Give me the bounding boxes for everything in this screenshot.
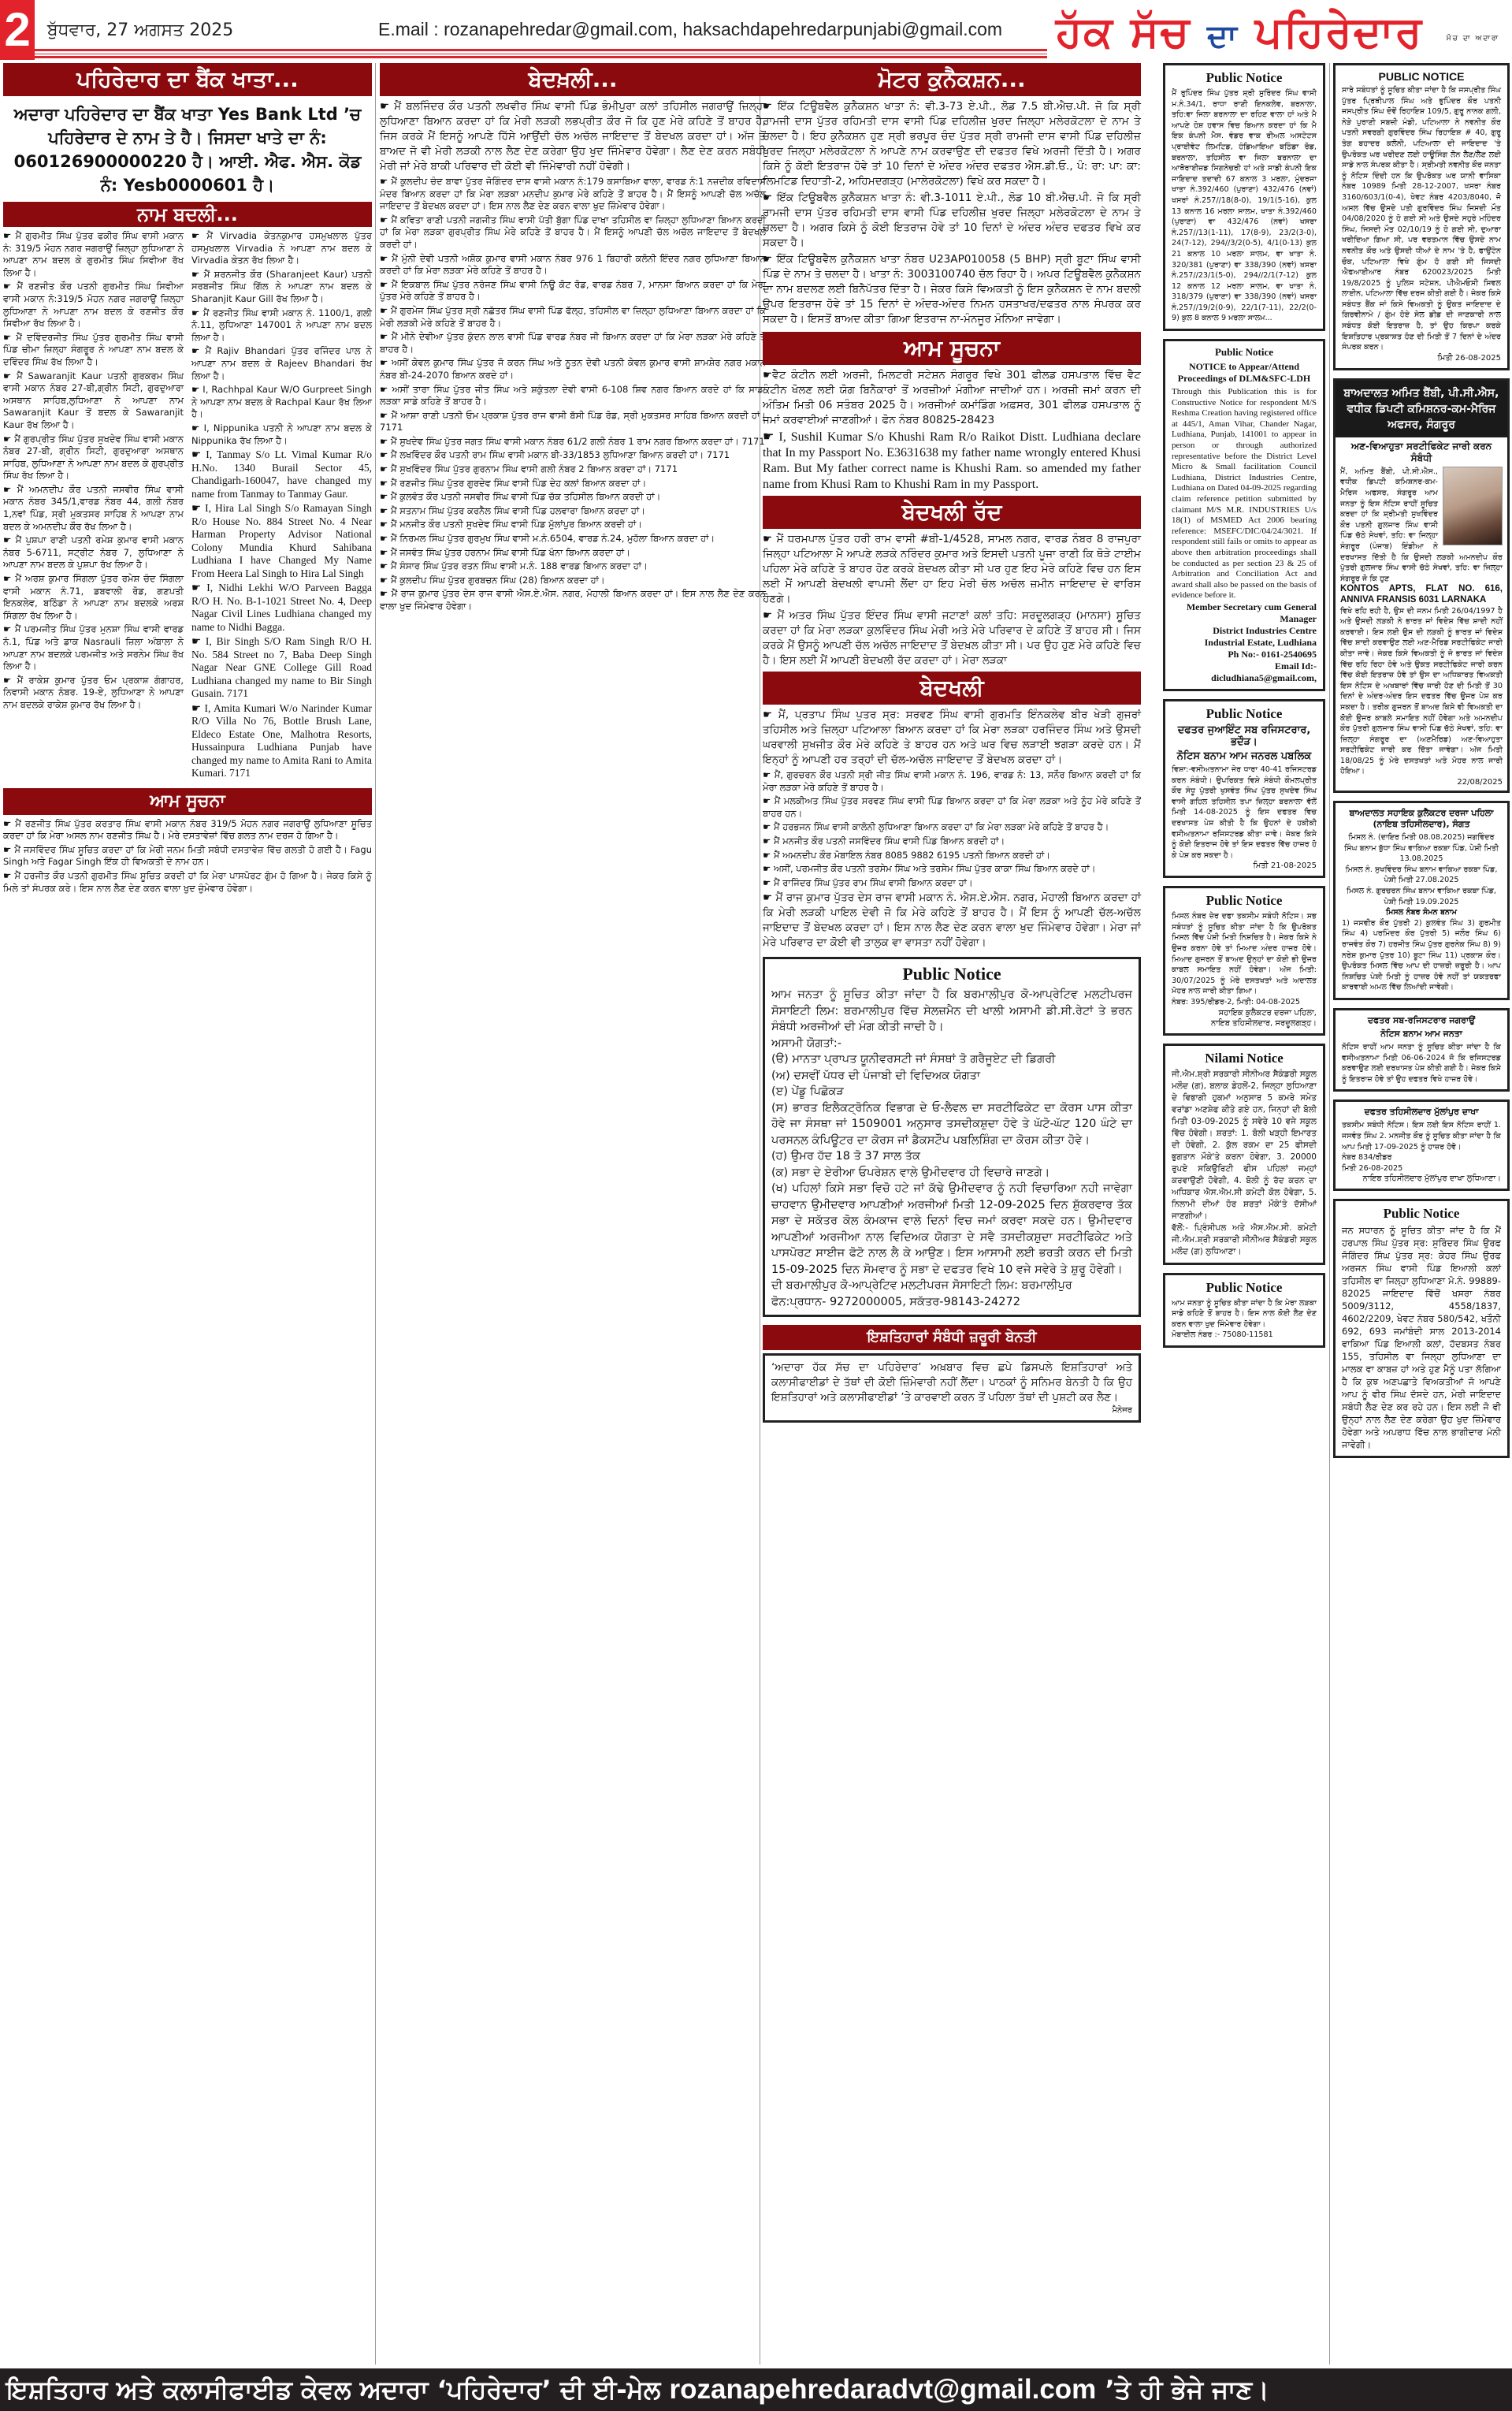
- list-item: ☛ ਮੈਂ ਮੁੰਨੀ ਦੇਵੀ ਪਤਨੀ ਅਸ਼ੋਕ ਕੁਮਾਰ ਵਾਸੀ ਮ…: [380, 253, 766, 277]
- notice-ref: ਨੰਬਰ: 395/ਰੀਡਰ-2, ਮਿਤੀ: 04-08-2025: [1172, 997, 1317, 1008]
- list-item: ☛ ਮੈਂ ਮਨਜੀਤ ਕੌਰ ਪਤਨੀ ਜਸਵਿੰਦਰ ਸਿੰਘ ਵਾਸੀ ਪ…: [763, 835, 1141, 848]
- notice-body: ਨੋਟਿਸ ਰਾਹੀਂ ਆਮ ਜਨਤਾ ਨੂੰ ਸੂਚਿਤ ਕੀਤਾ ਜਾਂਦਾ…: [1342, 1042, 1501, 1085]
- list-item: ☛ ਮੈਂ ਅਮਨਦੀਪ ਕੌਰ ਮੋਬਾਇਲ ਨੰਬਰ 8085 9882 6…: [763, 850, 1141, 862]
- footer-email[interactable]: rozanapehredaradvt@gmail.com: [670, 2374, 1097, 2405]
- list-item: ☛ ਮੈਂ ਹਰਜੀਤ ਕੌਰ ਪਤਨੀ ਗੁਰਮੀਤ ਸਿੰਘ ਸੂਚਿਤ ਕ…: [3, 870, 372, 895]
- list-item: ☛ ਮੈਂ ਰਣਜੀਤ ਸਿੰਘ ਪੁੱਤਰ ਕਰਤਾਰ ਸਿੰਘ ਵਾਸੀ ਮ…: [3, 818, 372, 843]
- list-item: ☛ ਮੈਂ ਅਤਰ ਸਿੰਘ ਪੁੱਤਰ ਇੰਦਰ ਸਿੰਘ ਵਾਸੀ ਜਟਾਣ…: [763, 608, 1141, 668]
- ad-date: 22/08/2025: [1340, 777, 1503, 787]
- notice-body: ਸਾਰੇ ਸਬੰਧਤਾਂ ਨੂੰ ਸੂਚਿਤ ਕੀਤਾ ਜਾਂਦਾ ਹੈ ਕਿ …: [1342, 85, 1501, 353]
- case-entry: ਮਿਸਲ ਨੰ. ਗੁਰਚਰਨ ਸਿੰਘ ਬਨਾਮ ਵਾਕਿਆ ਰਕਬਾ ਪਿੰ…: [1342, 886, 1501, 907]
- list-item: ☛ I, Bir Singh S/O Ram Singh R/O H. No. …: [191, 635, 372, 701]
- notice-office: ਦਫਤਰ ਸਬ-ਰਜਿਸਟਰਾਰ ਜਗਰਾਉਂ: [1342, 1015, 1501, 1026]
- ref-number: ਨੰਬਰ: 395/ਰੀਡਰ-2,: [1172, 998, 1234, 1006]
- notice-signature: ਵੱਲੋਂ:- ਪ੍ਰਿੰਸੀਪਲ ਅਤੇ ਐਸ.ਐਮ.ਸੀ. ਕਮੇਟੀ ਜੀ…: [1172, 1222, 1317, 1258]
- case-entry: ਮਿਸਲ ਨੰ. ਸੁਖਵਿੰਦਰ ਸਿੰਘ ਬਨਾਮ ਵਾਕਿਆ ਰਕਬਾ ਪ…: [1342, 865, 1501, 886]
- list-item: ☛ ਇੱਕ ਟਿਊਬਵੈਲ ਕੁਨੈਕਸ਼ਨ ਖਾਤਾ ਨੰ: ਵੀ.3-101…: [763, 191, 1141, 251]
- summons-heading: ਮਿਸਲ ਨੰਬਰ ਸੰਮਨ ਬਨਾਮ: [1342, 907, 1501, 918]
- public-notice-mobile: Public Notice ਆਮ ਜਨਤਾ ਨੂੰ ਸੂਚਿਤ ਕੀਤਾ ਜਾਂ…: [1163, 1273, 1325, 1348]
- public-notice-partition: Public Notice ਮਿਸਲ ਨੰਬਰ ਜ਼ੇਰ ਦਫਾ ਤਕਸੀਮ ਸ…: [1163, 886, 1325, 1035]
- list-item: ☛ ਮੈਂ Rajiv Bhandari ਪੁੱਤਰ ਰਜਿੰਦਰ ਪਾਲ ਨੇ…: [191, 345, 372, 382]
- list-item: ☛ I, Rachhpal Kaur W/O Gurpreet Singh ਨੇ…: [191, 384, 372, 421]
- notice-subtitle: NOTICE to Appear/Attend Proceedings of D…: [1172, 361, 1317, 385]
- list-item: ☛ ਮੈਂ Virvadia ਕੇਤਨਕੁਮਾਰ ਹਸਮੁਖਲਾਲ ਪੁੱਤਰ …: [191, 230, 372, 267]
- notice-body: ਜੀ.ਐਮ.ਸ਼੍ਰੀ ਸਰਕਾਰੀ ਸੀਨੀਅਰ ਸੈਕੰਡਰੀ ਸਕੂਲ ਮ…: [1172, 1069, 1317, 1222]
- list-item: ☛ ਮੈਂ ਸੰਸਾਰ ਸਿੰਘ ਪੁੱਤਰ ਰਤਨ ਸਿੰਘ ਵਾਸੀ ਮ.ਨ…: [380, 560, 766, 573]
- logo-part2: ਦਾ: [1207, 18, 1239, 54]
- list-item: ☛ ਮੈਂ ਜਸਵੰਤ ਸਿੰਘ ਪੁੱਤਰ ਹਰਨਾਮ ਸਿੰਘ ਵਾਸੀ ਪ…: [380, 547, 766, 560]
- notice-date: ਮਿਤੀ 26-08-2025: [1342, 353, 1501, 363]
- notice-sign-line: District Industries Centre: [1172, 625, 1317, 637]
- notice-body: ਮੈਂ ਰੁਪਿੰਦਰ ਸਿੰਘ ਪੁੱਤਰ ਸ਼੍ਰੀ ਸੁਰਿੰਦਰ ਸਿੰ…: [1172, 88, 1317, 324]
- notice-office: ਦਫਤਰ ਜੁਆਇੰਟ ਸਬ ਰਜਿਸਟਰਾਰ, ਭਦੌੜ।: [1172, 724, 1317, 748]
- logo-tagline: ਮੰਚ ਦਾ ਅਦਾਰਾ: [1447, 9, 1499, 68]
- notice-sign-line: Email Id:- dicludhiana5@gmail.com,: [1172, 660, 1317, 684]
- list-item: ☛ ਮੈਂ ਸ਼ਰਨਜੀਤ ਕੌਰ (Sharanjeet Kaur) ਪਤਨੀ…: [191, 269, 372, 306]
- bank-account-info: ਅਦਾਰਾ ਪਹਿਰੇਦਾਰ ਦਾ ਬੈਂਕ ਖਾਤਾ Yes Bank Ltd…: [3, 99, 372, 200]
- notice-title: Public Notice: [1172, 70, 1317, 86]
- list-item: ☛ ਮੈਂ ਕੁਲਦੀਪ ਚੰਦ ਬਾਵਾ ਪੁੱਤਰ ਜੋਗਿੰਦਰ ਦਾਸ …: [380, 176, 766, 213]
- list-item: ☛ ਅਸੀਂ ਕੇਵਲ ਕੁਮਾਰ ਸਿੰਘ ਪੁੱਤਰ ਜੋ ਕਰਨ ਸਿੰਘ…: [380, 357, 766, 381]
- notice-body: ਜਨ ਸਧਾਰਨ ਨੂੰ ਸੂਚਿਤ ਕੀਤਾ ਜਾਂਦ ਹੈ ਕਿ ਮੈਂ ਹ…: [1342, 1224, 1501, 1451]
- section-header-disinheritance-cancel: ਬੇਦਖਲੀ ਰੱਦ: [763, 496, 1141, 529]
- ad-subject: ਅਣ-ਵਿਆਹੁਤਾ ਸਰਟੀਫਿਕੇਟ ਜਾਰੀ ਕਰਨ ਸੰਬੰਧੀ: [1340, 441, 1503, 464]
- list-item: ☛ ਮੈਂ ਮਲਕੀਅਤ ਸਿੰਘ ਪੁੱਤਰ ਸਰਵਣ ਸਿੰਘ ਵਾਸੀ ਪ…: [763, 795, 1141, 820]
- header-rule: [35, 49, 1047, 58]
- list-item: ☛ ਮੈਂ ਰਾਜ ਕੁਮਾਰ ਪੁੱਤਰ ਦੇਸ ਰਾਜ ਵਾਸੀ ਐਸ.ਏ.…: [380, 588, 766, 612]
- logo-part3: ਪਹਿਰੇਦਾਰ: [1255, 7, 1424, 57]
- notice-ref: ਨੰਬਰ 834/ਰੀਡਰ: [1342, 1152, 1501, 1163]
- list-item: ☛ ਮੈਂ ਅਰਸ਼ ਕੁਮਾਰ ਸਿੰਗਲਾ ਪੁੱਤਰ ਰਮੇਸ਼ ਚੰਦ …: [3, 573, 184, 622]
- list-item: ☛ I, Nidhi Lekhi W/O Parveen Bagga R/O H…: [191, 582, 372, 634]
- notice-signature: ਦੀ ਬਰਮਾਲੀਪੁਰ ਕੋ-ਆਪ੍ਰੇਟਿਵ ਮਲਟੀਪਰਜ ਸੋਸਾਇਟੀ…: [771, 1278, 1132, 1294]
- notice-title: Public Notice: [1172, 706, 1317, 722]
- list-item: ☛ ਮੈਂ ਗੁਰਮੀਤ ਸਿੰਘ ਪੁੱਤਰ ਫਕੀਰ ਸਿੰਘ ਵਾਸੀ ਮ…: [3, 230, 184, 279]
- column-1: ਪਹਿਰੇਦਾਰ ਦਾ ਬੈਂਕ ਖਾਤਾ... ਅਦਾਰਾ ਪਹਿਰੇਦਾਰ …: [3, 63, 372, 896]
- list-item: ☛ ਮੈਂ ਗੁਰਪ੍ਰੀਤ ਸਿੰਘ ਪੁੱਤਰ ਸੁਖਦੇਵ ਸਿੰਘ ਵਾ…: [3, 433, 184, 482]
- public-notice-msmed: Public Notice NOTICE to Appear/Attend Pr…: [1163, 339, 1325, 691]
- list-item: ☛ਵੈਟ ਕੰਟੀਨ ਲਈ ਅਰਜੀ, ਮਿਲਟਰੀ ਸਟੇਸ਼ਨ ਸੰਗਰੂਰ…: [763, 368, 1141, 428]
- list-item: ☛ ਮੈਂ ਧਰਮਪਾਲ ਪੁੱਤਰ ਹਰੀ ਰਾਮ ਵਾਸੀ #ਬੀ-1/45…: [763, 532, 1141, 607]
- list-item: ☛ ਮੈਂ ਨਿਰਮਲ ਸਿੰਘ ਪੁੱਤਰ ਗੁਰਮੁਖ ਸਿੰਘ ਵਾਸੀ …: [380, 533, 766, 545]
- foreign-address: KONTOS APTS, FLAT NO. 616, ANNIVA FRANSI…: [1340, 584, 1503, 605]
- list-item: ☛ ਮੈਂ ਅਮਨਦੀਪ ਕੌਰ ਪਤਨੀ ਜਸਵੀਰ ਸਿੰਘ ਵਾਸੀ ਮਕ…: [3, 484, 184, 533]
- column-2: ਬੇਦਖ਼ਲੀ... ☛ ਮੈਂ ਬਲਜਿੰਦਰ ਕੌਰ ਪਤਨੀ ਲਖਵੀਰ …: [380, 63, 766, 615]
- court-heading: ਬਾਅਦਾਲਤ ਅਮਿਤ ਬੈਂਬੀ, ਪੀ.ਸੀ.ਐਸ, ਵਧੀਕ ਡਿਪਟੀ…: [1336, 381, 1507, 437]
- section-header-name-change: ਨਾਮ ਬਦਲੀ...: [3, 202, 372, 227]
- case-entry: ਮਿਸਲ ਨੰ. (ਦਾਇਰ ਮਿਤੀ 08.08.2025) ਜਗਵਿੰਦਰ …: [1342, 832, 1501, 865]
- notice-sign-line: ਨਾਇਬ ਤਹਿਸੀਲਦਾਰ, ਸਰਦੂਲਗੜ੍ਹ।: [1172, 1018, 1317, 1029]
- column-3: ਮੋਟਰ ਕੁਨੈਕਸ਼ਨ... ☛ ਇੱਕ ਟਿਊਬਵੈਲ ਕੁਨੈਕਸ਼ਨ …: [763, 63, 1141, 1431]
- qualification-item: (ਹ) ਉਮਰ ਹੱਦ 18 ਤੋ 37 ਸਾਲ ਤੱਕ: [771, 1148, 1132, 1165]
- list-item: ☛ ਮੈਂ ਸਤਨਾਮ ਸਿੰਘ ਪੁੱਤਰ ਕਰਨੈਲ ਸਿੰਘ ਵਾਸੀ ਪ…: [380, 505, 766, 518]
- list-item: ☛ ਮੈਂ ਕੁਲਦੀਪ ਸਿੰਘ ਪੁੱਤਰ ਗੁਰਬਚਨ ਸਿੰਘ (28)…: [380, 575, 766, 587]
- logo-part1: ਹੱਕ ਸੱਚ: [1056, 7, 1191, 57]
- disclaimer-signature: ਮੈਨੇਜਰ: [771, 1405, 1132, 1416]
- contact-emails: E.mail : rozanapehredar@gmail.com, haksa…: [378, 19, 1002, 40]
- notice-body: ਮਿਸਲ ਨੰਬਰ ਜ਼ੇਰ ਦਫਾ ਤਕਸੀਮ ਸਬੰਧੀ ਨੋਟਿਸ। ਸਭ…: [1172, 911, 1317, 997]
- list-item: ☛ ਮੈਂ ਕੁਲਵੰਤ ਕੌਰ ਪਤਨੀ ਜਸਵੀਰ ਸਿੰਘ ਵਾਸੀ ਪਿ…: [380, 491, 766, 504]
- issue-date: ਬੁੱਧਵਾਰ, 27 ਅਗਸਤ 2025: [47, 20, 233, 40]
- footer-banner: ਇਸ਼ਤਿਹਾਰ ਅਤੇ ਕਲਾਸੀਫਾਈਡ ਕੇਵਲ ਅਦਾਰਾ ‘ਪਹਿਰੇ…: [0, 2368, 1512, 2411]
- list-item: ☛ I, Hira Lal Singh S/o Ramayan Singh R/…: [191, 502, 372, 580]
- list-item: ☛ ਮੈਂ ਜਸਵਿੰਦਰ ਸਿੰਘ ਸੂਚਿਤ ਕਰਦਾ ਹਾਂ ਕਿ ਮੇਰ…: [3, 844, 372, 869]
- public-notice-will: Public Notice ਦਫਤਰ ਜੁਆਇੰਟ ਸਬ ਰਜਿਸਟਰਾਰ, ਭ…: [1163, 699, 1325, 878]
- qualification-item: (ਅ) ਦਸਵੀਂ ਪੱਧਰ ਦੀ ਪੰਜਾਬੀ ਦੀ ਵਿਦਿਅਕ ਯੋਗਤਾ: [771, 1068, 1132, 1085]
- sub-registrar-notice: ਦਫਤਰ ਸਬ-ਰਜਿਸਟਰਾਰ ਜਗਰਾਉਂ ਨੋਟਿਸ ਬਨਾਮ ਆਮ ਜਨ…: [1333, 1008, 1510, 1092]
- column-4: Public Notice ਮੈਂ ਰੁਪਿੰਦਰ ਸਿੰਘ ਪੁੱਤਰ ਸ਼੍…: [1163, 63, 1325, 1356]
- section-header-general-notice: ਆਮ ਸੂਚਨਾ: [763, 332, 1141, 365]
- list-item: ☛ ਮੈਂ ਰਣਜੀਤ ਕੌਰ ਪਤਨੀ ਗੁਰਮੀਤ ਸਿੰਘ ਸਿਵੀਆ ਵ…: [3, 281, 184, 329]
- list-item: ☛ ਮੈਂ ਇਕਬਾਲ ਸਿੰਘ ਪੁੱਤਰ ਨਰੰਜਣ ਸਿੰਘ ਵਾਸੀ ਨ…: [380, 279, 766, 303]
- disclaimer-text: ‘ਅਦਾਰਾ ਹੱਕ ਸੱਚ ਦਾ ਪਹਿਰੇਦਾਰ’ ਅਖ਼ਬਾਰ ਵਿਚ ਛ…: [771, 1360, 1132, 1405]
- ad-body-continued: ਵਿਖੇ ਰਹਿ ਰਹੀ ਹੈ, ਉਸ ਦੀ ਜਨਮ ਮਿਤੀ 26/04/19…: [1340, 606, 1503, 778]
- society-public-notice: Public Notice ਆਮ ਜਨਤਾ ਨੂੰ ਸੂਚਿਤ ਕੀਤਾ ਜਾਂ…: [763, 957, 1141, 1317]
- notice-body: ਵਿਸ਼ਾ:-ਵਸੀਅਤਨਾਮਾ ਜੇਰ ਧਾਰਾ 40-41 ਰਜਿਸਟਰਡ …: [1172, 765, 1317, 861]
- notice-title: Public Notice: [1172, 1280, 1317, 1296]
- footer-text: ਇਸ਼ਤਿਹਾਰ ਅਤੇ ਕਲਾਸੀਫਾਈਡ ਕੇਵਲ ਅਦਾਰਾ ‘ਪਹਿਰੇ…: [6, 2375, 660, 2405]
- notice-intro: ਆਮ ਜਨਤਾ ਨੂੰ ਸੂਚਿਤ ਕੀਤਾ ਜਾਂਦਾ ਹੈ ਕਿ ਬਰਮਾਲ…: [771, 987, 1132, 1036]
- notice-body: Through this Publication this is for Con…: [1172, 387, 1317, 601]
- tehsildar-notice: ਦਫਤਰ ਤਹਿਸੀਲਦਾਰ ਮੁੱਲਾਂਪੁਰ ਦਾਖਾ ਤਕਸੀਮ ਸਬੰਧ…: [1333, 1099, 1510, 1191]
- list-item: ☛ ਮੈਂ ਲਖਵਿੰਦਰ ਕੌਰ ਪਤਨੀ ਰਾਮ ਸਿੰਘ ਵਾਸੀ ਮਕਾ…: [380, 449, 766, 462]
- notice-mobile: ਮੋਬਾਈਲ ਨੰਬਰ :- 75080-11581: [1172, 1330, 1317, 1341]
- notice-title: Public Notice: [1172, 893, 1317, 909]
- list-item: ☛ ਮੈਂ ਪੁਸ਼ਪਾ ਰਾਣੀ ਪਤਨੀ ਰਮੇਸ਼ ਕੁਮਾਰ ਵਾਸੀ …: [3, 534, 184, 571]
- qualification-label: ਅਸਾਮੀ ਯੋਗਤਾਂ:-: [771, 1036, 1132, 1052]
- list-item: ☛ ਮੈਂ ਰਾਜਿੰਦਰ ਸਿੰਘ ਪੁੱਤਰ ਰਾਮ ਸਿੰਘ ਵਾਸੀ ਬ…: [763, 877, 1141, 890]
- list-item: ☛ ਮੈਂ ਕਵਿਤਾ ਰਾਣੀ ਪਤਨੀ ਜਗਜੀਤ ਸਿੰਘ ਵਾਸੀ ਪੱ…: [380, 214, 766, 251]
- page-number: 2: [0, 0, 35, 60]
- qualification-item: (ੳ) ਮਾਨਤਾ ਪ੍ਰਾਪਤ ਯੂਨੀਵਰਸਟੀ ਜਾਂ ਸੰਸਥਾਂ ਤੋ…: [771, 1051, 1132, 1068]
- list-item: ☛ ਅਸੀਂ, ਪਰਮਜੀਤ ਕੌਰ ਪਤਨੀ ਤਰਸੇਮ ਸਿੰਘ ਅਤੇ ਤ…: [763, 863, 1141, 876]
- ad-disclaimer-box: ‘ਅਦਾਰਾ ਹੱਕ ਸੱਚ ਦਾ ਪਹਿਰੇਦਾਰ’ ਅਖ਼ਬਾਰ ਵਿਚ ਛ…: [763, 1353, 1141, 1423]
- notice-sign-line: ਸਹਾਇਕ ਕੁਲੈਕਟਰ ਦਰਜਾ ਪਹਿਲਾ,: [1172, 1008, 1317, 1018]
- list-item: ☛ ਮੈਂ, ਗੁਰਚਰਨ ਕੌਰ ਪਤਨੀ ਸ੍ਰੀ ਜੀਤ ਸਿੰਘ ਵਾਸ…: [763, 769, 1141, 794]
- name-change-right: ☛ ਮੈਂ Virvadia ਕੇਤਨਕੁਮਾਰ ਹਸਮੁਖਲਾਲ ਪੁੱਤਰ …: [191, 230, 372, 782]
- list-item: ☛ ਮੈਂ ਸੁਖਵਿੰਦਰ ਸਿੰਘ ਪੁੱਤਰ ਗੁਰਨਾਮ ਸਿੰਘ ਵਾ…: [380, 463, 766, 476]
- notice-sign-line: Industrial Estate, Ludhiana: [1172, 637, 1317, 649]
- section-header-bank: ਪਹਿਰੇਦਾਰ ਦਾ ਬੈਂਕ ਖਾਤਾ...: [3, 63, 372, 96]
- list-item: ☛ ਮੈਂ Sawaranjit Kaur ਪਤਨੀ ਗੁਰਕਰਮ ਸਿੰਘ ਵ…: [3, 370, 184, 432]
- notice-sign: ਨਾਇਬ ਤਹਿਸੀਲਦਾਰ ਮੁੱਲਾਂਪੁਰ ਦਾਖਾ ਲੁਧਿਆਣਾ।: [1342, 1174, 1501, 1184]
- newspaper-logo: ਹੱਕ ਸੱਚ ਦਾ ਪਹਿਰੇਦਾਰ ਮੰਚ ਦਾ ਅਦਾਰਾ: [1056, 3, 1509, 61]
- notice-title: Public Notice: [1342, 1206, 1501, 1222]
- section-header-disinheritance-2: ਬੇਦਖਲੀ: [763, 672, 1141, 705]
- list-item: ☛ ਮੈਂ ਰਣਜੀਤ ਸਿੰਘ ਪੁੱਤਰ ਗੁਰਦੇਵ ਸਿੰਘ ਵਾਸੀ …: [380, 478, 766, 490]
- list-item: ☛ ਇੱਕ ਟਿਊਬਵੈਲ ਕੁਨੈਕਸ਼ਨ ਖਾਤਾ ਨੰ: ਵੀ.3-73 …: [763, 99, 1141, 189]
- list-item: ☛ ਮੈਂ ਪਰਮਜੀਤ ਸਿੰਘ ਪੁੱਤਰ ਮੁਨਸ਼ਾ ਸਿੰਘ ਵਾਸੀ…: [3, 623, 184, 672]
- notice-subtitle: ਨੋਟਿਸ ਬਨਾਮ ਆਮ ਜਨਰਲ ਪਬਲਿਕ: [1172, 750, 1317, 762]
- notice-date: ਮਿਤੀ 26-08-2025: [1342, 1163, 1501, 1174]
- notice-title: Public Notice: [1172, 346, 1317, 359]
- nilami-notice: Nilami Notice ਜੀ.ਐਮ.ਸ਼੍ਰੀ ਸਰਕਾਰੀ ਸੀਨੀਅਰ …: [1163, 1044, 1325, 1265]
- list-item: ☛ ਮੈਂ, ਪ੍ਰਤਾਪ ਸਿੰਘ ਪੁਤਰ ਸ੍ਰ: ਸਰਵਣ ਸਿੰਘ ਵ…: [763, 708, 1141, 768]
- list-item: ☛ ਮੈਂ ਰਣਜੀਤ ਸਿੰਘ ਵਾਸੀ ਮਕਾਨ ਨੰ. 1100/1, ਗ…: [191, 307, 372, 344]
- notice-title: Nilami Notice: [1172, 1051, 1317, 1066]
- column-divider: [375, 63, 376, 2364]
- qualification-item: (ਖ) ਪਹਿਲਾਂ ਕਿਸੇ ਸਭਾ ਵਿਚੋ ਹਟੇ ਜਾਂ ਕੱਢੇ ਉਮ…: [771, 1181, 1132, 1278]
- section-header-motor-connection: ਮੋਟਰ ਕੁਨੈਕਸ਼ਨ...: [763, 63, 1141, 96]
- list-item: ☛ ਮੈਂ ਰਾਜ ਕੁਮਾਰ ਪੁੱਤਰ ਦੇਸ ਰਾਜ ਵਾਸੀ ਮਕਾਨ …: [763, 891, 1141, 951]
- notice-body: 1) ਜਸਵੀਰ ਕੌਰ ਪੁੱਤਰੀ 2) ਕੁਲਵੰਤ ਸਿੰਘ 3) ਗੁ…: [1342, 918, 1501, 993]
- notice-body: ਆਮ ਜਨਤਾ ਨੂੰ ਸੂਚਿਤ ਕੀਤਾ ਜਾਂਦਾ ਹੈ ਕਿ ਮੇਰਾ …: [1172, 1298, 1317, 1330]
- list-item: ☛ ਮੈਂ ਆਸ਼ਾ ਰਾਣੀ ਪਤਨੀ ਓਮ ਪ੍ਰਕਾਸ਼ ਪੁੱਤਰ ਰਾ…: [380, 410, 766, 434]
- notice-title: ਦਫਤਰ ਤਹਿਸੀਲਦਾਰ ਮੁੱਲਾਂਪੁਰ ਦਾਖਾ: [1342, 1107, 1501, 1118]
- list-item: ☛ I, Sushil Kumar S/o Khushi Ram R/o Rai…: [763, 430, 1141, 493]
- list-item: ☛ ਮੈਂ ਰਾਕੇਸ਼ ਕੁਮਾਰ ਪੁੱਤਰ ਓਮ ਪ੍ਰਕਾਸ਼ ਗੰਗਾ…: [3, 675, 184, 712]
- column-divider: [1329, 63, 1330, 2364]
- list-item: ☛ ਮੈਂ ਮੀਨੇ ਦੇਵੀਆ ਪੁੱਤਰ ਕੁੰਦਨ ਲਾਲ ਵਾਸੀ ਪਿ…: [380, 331, 766, 355]
- ref-date: ਮਿਤੀ: 04-08-2025: [1236, 998, 1299, 1006]
- public-notice-company: Public Notice ਮੈਂ ਰੁਪਿੰਦਰ ਸਿੰਘ ਪੁੱਤਰ ਸ਼੍…: [1163, 63, 1325, 331]
- list-item: ☛ ਮੈਂ ਹਰਭਜਨ ਸਿੰਘ ਵਾਸੀ ਕਾਲੋਨੀ ਲੁਧਿਆਣਾ ਬਿਆ…: [763, 821, 1141, 834]
- list-item: ☛ ਮੈਂ ਦਵਿੰਦਰਜੀਤ ਸਿੰਘ ਪੁੱਤਰ ਗੁਰਮੀਤ ਸਿੰਘ ਵ…: [3, 332, 184, 369]
- unmarried-certificate-ad: ਬਾਅਦਾਲਤ ਅਮਿਤ ਬੈਂਬੀ, ਪੀ.ਸੀ.ਐਸ, ਵਧੀਕ ਡਿਪਟੀ…: [1333, 378, 1510, 793]
- list-item: ☛ ਅਸੀਂ ਤਾਰਾ ਸਿੰਘ ਪੁੱਤਰ ਜੀਤ ਸਿੰਘ ਅਤੇ ਸ਼ਕੁ…: [380, 384, 766, 408]
- list-item: ☛ I, Amita Kumari W/o Narinder Kumar R/O…: [191, 702, 372, 780]
- column-5: PUBLIC NOTICE ਸਾਰੇ ਸਬੰਧਤਾਂ ਨੂੰ ਸੂਚਿਤ ਕੀਤ…: [1333, 63, 1510, 1466]
- notice-title: PUBLIC NOTICE: [1342, 70, 1501, 83]
- section-header-general-notice: ਆਮ ਸੂਚਨਾ: [3, 788, 372, 815]
- public-notice-lost-deed: PUBLIC NOTICE ਸਾਰੇ ਸਬੰਧਤਾਂ ਨੂੰ ਸੂਚਿਤ ਕੀਤ…: [1333, 63, 1510, 370]
- notice-body: ਤਕਸੀਮ ਸਬੰਧੀ ਨੋਟਿਸ। ਇਸ ਲਈ ਇਸ ਨੋਟਿਸ ਰਾਹੀਂ …: [1342, 1120, 1501, 1152]
- notice-subtitle: ਨੋਟਿਸ ਬਨਾਮ ਆਮ ਜਨਤਾ: [1342, 1029, 1501, 1040]
- name-change-list: ☛ ਮੈਂ ਗੁਰਮੀਤ ਸਿੰਘ ਪੁੱਤਰ ਫਕੀਰ ਸਿੰਘ ਵਾਸੀ ਮ…: [3, 230, 372, 782]
- list-item: ☛ I, Nippunika ਪਤਨੀ ਨੇ ਆਪਣਾ ਨਾਮ ਬਦਲ ਕੇ N…: [191, 422, 372, 447]
- notice-phone: ਫੋਨ:ਪ੍ਰਧਾਨ- 9272000005, ਸਕੱਤਰ-98143-2427…: [771, 1294, 1132, 1311]
- notice-sign-line: Member Secretary cum General Manager: [1172, 601, 1317, 625]
- masthead: 2 ਬੁੱਧਵਾਰ, 27 ਅਗਸਤ 2025 E.mail : rozanap…: [0, 0, 1512, 63]
- section-header-disinheritance: ਬੇਦਖ਼ਲੀ...: [380, 63, 766, 96]
- qualification-item: (ਕ) ਸਭਾ ਦੇ ਏਰੀਆ ਓਪਰੇਸ਼ਨ ਵਾਲੇ ਉਮੀਦਵਾਰ ਹੀ …: [771, 1165, 1132, 1181]
- notice-date: ਮਿਤੀ 21-08-2025: [1172, 861, 1317, 871]
- footer-suffix: ’ਤੇ ਹੀ ਭੇਜੇ ਜਾਣ।: [1105, 2375, 1269, 2405]
- court-summons-notice: ਬਾਅਦਾਲਤ ਸਹਾਇਕ ਕੁਲੈਕਟਰ ਦਰਜਾ ਪਹਿਲਾ (ਨਾਇਬ ਤ…: [1333, 801, 1510, 1000]
- list-item: ☛ ਮੈਂ ਸੁਖਦੇਵ ਸਿੰਘ ਪੁੱਤਰ ਜਗਤ ਸਿੰਘ ਵਾਸੀ ਮਕ…: [380, 436, 766, 448]
- qualification-item: (ੲ) ਪੇਂਡੂ ਪਿਛੋਕੜ: [771, 1084, 1132, 1100]
- qualification-item: (ਸ) ਭਾਰਤ ਇਲੈਕਟ੍ਰੋਨਿਕ ਵਿਭਾਗ ਦੇ ਓ-ਲੈਵਲ ਦਾ …: [771, 1100, 1132, 1149]
- list-item: ☛ I, Tanmay S/o Lt. Vimal Kumar R/o H.No…: [191, 448, 372, 500]
- list-item: ☛ ਇੱਕ ਟਿਊਬਵੈਲ ਕੁਨੈਕਸ਼ਨ ਖਾਤਾ ਨੰਬਰ U23AP01…: [763, 252, 1141, 327]
- ad-content: ਅਣ-ਵਿਆਹੁਤਾ ਸਰਟੀਫਿਕੇਟ ਜਾਰੀ ਕਰਨ ਸੰਬੰਧੀ ਮੈਂ…: [1336, 437, 1507, 791]
- notice-title: Public Notice: [771, 964, 1132, 984]
- applicant-photo: [1443, 467, 1503, 545]
- name-change-left: ☛ ਮੈਂ ਗੁਰਮੀਤ ਸਿੰਘ ਪੁੱਤਰ ਫਕੀਰ ਸਿੰਘ ਵਾਸੀ ਮ…: [3, 230, 184, 782]
- notice-title: ਬਾਅਦਾਲਤ ਸਹਾਇਕ ਕੁਲੈਕਟਰ ਦਰਜਾ ਪਹਿਲਾ (ਨਾਇਬ ਤ…: [1342, 808, 1501, 830]
- notice-sign-line: Ph No:- 0161-2540695: [1172, 649, 1317, 660]
- list-item: ☛ ਮੈਂ ਗੁਰਮੇਜ ਸਿੰਘ ਪੁੱਤਰ ਸ੍ਰੀ ਨਛੱਤਰ ਸਿੰਘ …: [380, 305, 766, 329]
- section-header-ad-disclaimer: ਇਸ਼ਤਿਹਾਰਾਂ ਸੰਬੰਧੀ ਜ਼ਰੂਰੀ ਬੇਨਤੀ: [763, 1325, 1141, 1350]
- list-item: ☛ ਮੈਂ ਬਲਜਿੰਦਰ ਕੌਰ ਪਤਨੀ ਲਖਵੀਰ ਸਿੰਘ ਵਾਸੀ ਪ…: [380, 99, 766, 174]
- list-item: ☛ ਮੈਂ ਮਨਜੀਤ ਕੌਰ ਪਤਨੀ ਸੁਖਦੇਵ ਸਿੰਘ ਵਾਸੀ ਪਿ…: [380, 519, 766, 531]
- public-notice-harpal: Public Notice ਜਨ ਸਧਾਰਨ ਨੂੰ ਸੂਚਿਤ ਕੀਤਾ ਜਾ…: [1333, 1199, 1510, 1458]
